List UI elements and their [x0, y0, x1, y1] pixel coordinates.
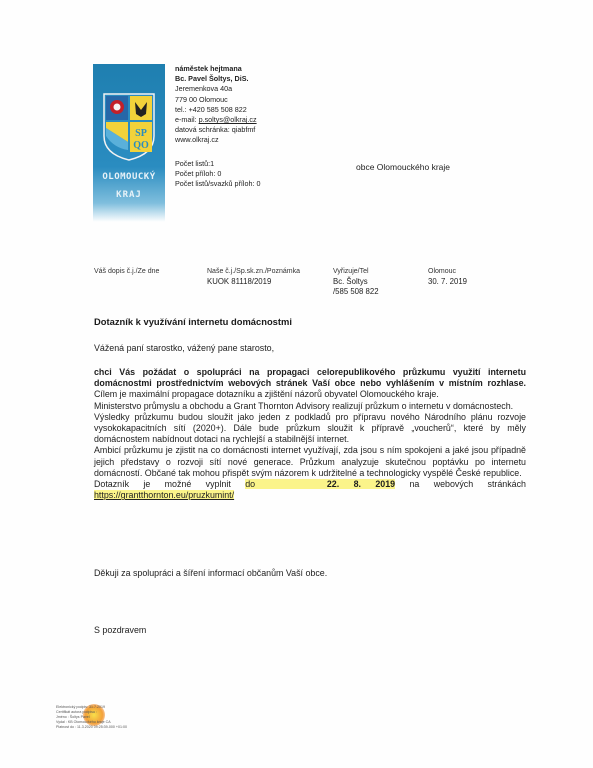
salutation: Vážená paní starostko, vážený pane staro… [94, 343, 526, 354]
electronic-signature-stamp: Elektronický podpis: 31.7.2019 Certifiká… [56, 705, 136, 730]
olomoucky-kraj-logo: SP QO OLOMOUCKÝ KRAJ [93, 64, 165, 222]
deadline-date: 22. 8. 2019 [327, 479, 395, 489]
ref-handled-label: Vyřizuje/Tel [333, 267, 379, 277]
paragraph-3: Výsledky průzkumu budou sloužit jako jed… [94, 412, 526, 446]
sender-databox: datová schránka: qiabfmf [175, 125, 257, 135]
sender-position: náměstek hejtmana [175, 64, 257, 74]
sender-block: náměstek hejtmana Bc. Pavel Šoltys, DiS.… [175, 64, 257, 146]
svg-text:SP: SP [135, 128, 147, 139]
ref-our-ref: Naše č.j./Sp.sk.zn./Poznámka KUOK 81118/… [207, 267, 300, 287]
letter-body: chci Vás požádat o spolupráci na propaga… [94, 367, 526, 501]
paragraph-4: Ambicí průzkumu je zjistit na co domácno… [94, 445, 526, 479]
paragraph-1: chci Vás požádat o spolupráci na propaga… [94, 367, 526, 401]
stamp-line-5: Platnost do : 11.3.2020 09:25:39-000 +01… [56, 725, 136, 730]
survey-link[interactable]: https://grantthornton.eu/pruzkumint/ [94, 490, 234, 500]
paragraph-2: Ministerstvo průmyslu a obchodu a Grant … [94, 401, 526, 412]
deadline-highlight: do 22. 8. 2019 [245, 479, 395, 489]
ref-your-letter: Váš dopis č.j./Ze dne [94, 267, 159, 277]
sender-web: www.olkraj.cz [175, 135, 257, 145]
paragraph-5-link-row: https://grantthornton.eu/pruzkumint/ [94, 490, 526, 501]
sender-street: Jeremenkova 40a [175, 84, 257, 94]
sender-email-label: e-mail: [175, 115, 199, 124]
ref-date: 30. 7. 2019 [428, 277, 467, 287]
sender-city: 779 00 Olomouc [175, 95, 257, 105]
svg-text:QO: QO [133, 140, 149, 151]
sender-email-row: e-mail: p.soltys@olkraj.cz [175, 115, 257, 125]
thanks: Děkuji za spolupráci a šíření informací … [94, 568, 526, 579]
paragraph-5: Dotazník je možné vyplnit do 22. 8. 2019… [94, 479, 526, 490]
sender-email-link[interactable]: p.soltys@olkraj.cz [199, 115, 257, 124]
ref-handled-name: Bc. Šoltys [333, 277, 379, 287]
deadline-prefix: do [245, 479, 255, 489]
letter-title: Dotazník k využívání internetu domácnost… [94, 316, 292, 327]
sender-phone: tel.: +420 585 508 822 [175, 105, 257, 115]
count-attachment-sheets: Počet listů/svazků příloh: 0 [175, 179, 261, 189]
count-attachments: Počet příloh: 0 [175, 169, 261, 179]
ref-our-ref-label: Naše č.j./Sp.sk.zn./Poznámka [207, 267, 300, 277]
ref-place: Olomouc [428, 267, 467, 277]
paragraph-1-bold: chci Vás požádat o spolupráci na propaga… [94, 367, 526, 388]
closing: S pozdravem [94, 625, 526, 636]
ref-place-date: Olomouc 30. 7. 2019 [428, 267, 467, 287]
logo-text-kraj: KRAJ [93, 190, 165, 200]
sender-name: Bc. Pavel Šoltys, DiS. [175, 74, 257, 84]
recipient: obce Olomouckého kraje [356, 162, 450, 172]
ref-handled-by: Vyřizuje/Tel Bc. Šoltys /585 508 822 [333, 267, 379, 297]
paragraph-5-post: na webových stránkách [395, 479, 526, 489]
paragraph-1-rest: Cílem je maximální propagace dotazníku a… [94, 389, 439, 399]
count-sheets: Počet listů:1 [175, 159, 261, 169]
logo-text-olomoucky: OLOMOUCKÝ [93, 172, 165, 182]
ref-handled-phone: /585 508 822 [333, 287, 379, 297]
ref-your-letter-label: Váš dopis č.j./Ze dne [94, 267, 159, 277]
paragraph-5-pre: Dotazník je možné vyplnit [94, 479, 245, 489]
ref-our-ref-value: KUOK 81118/2019 [207, 277, 300, 287]
page-counts: Počet listů:1 Počet příloh: 0 Počet list… [175, 159, 261, 189]
coat-of-arms-icon: SP QO [102, 92, 156, 162]
